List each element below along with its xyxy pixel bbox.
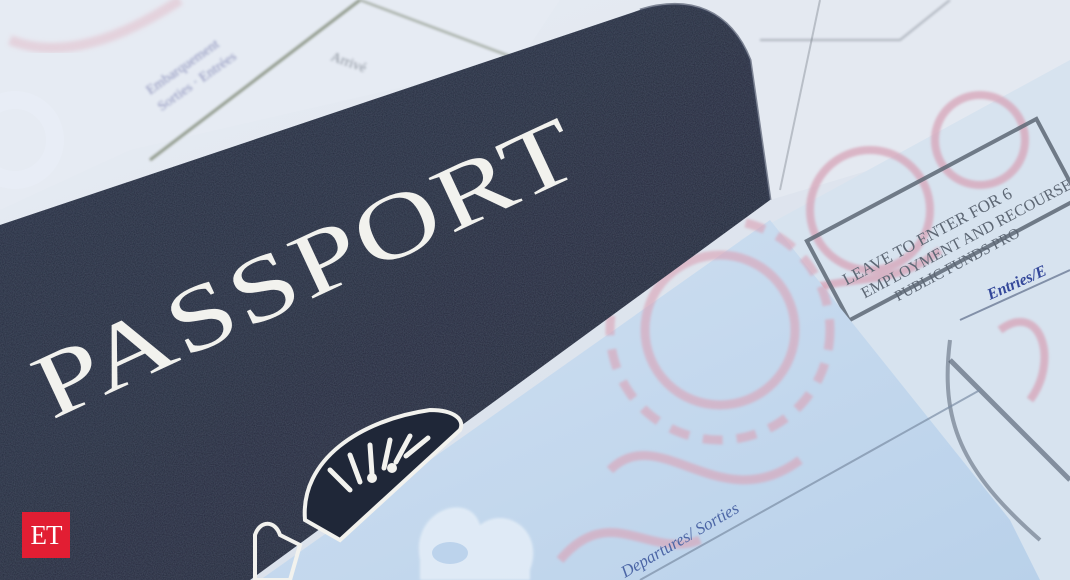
photo-illustration: Embarquement Sorties · Entrées Arrivé [0,0,1070,580]
passport-photo: Embarquement Sorties · Entrées Arrivé [0,0,1070,580]
et-logo: ET [22,512,70,558]
logo-text: ET [31,522,62,549]
